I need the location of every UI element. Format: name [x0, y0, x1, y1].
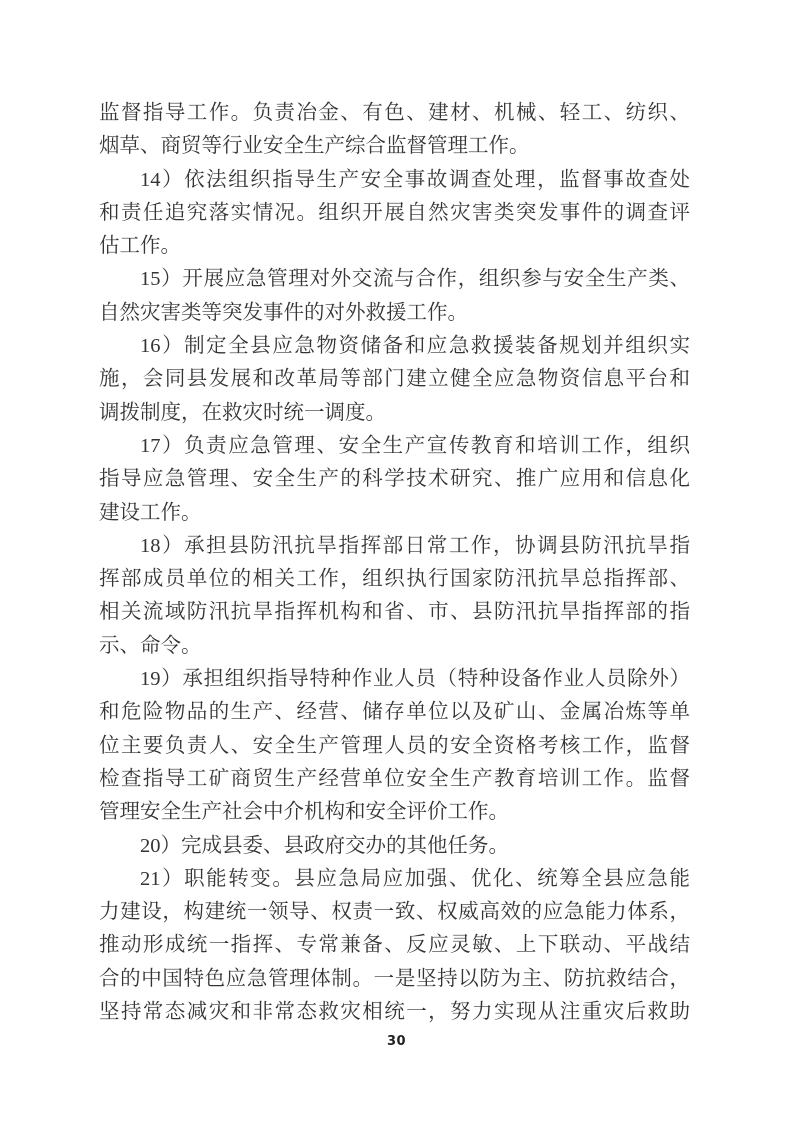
text-line: 自然灾害类等突发事件的对外救援工作。: [99, 297, 690, 330]
text-line: 16）制定全县应急物资储备和应急救援装备规划并组织实: [99, 330, 690, 363]
text-line: 估工作。: [99, 230, 690, 263]
text-line: 施，会同县发展和改革局等部门建立健全应急物资信息平台和: [99, 363, 690, 396]
text-line: 14）依法组织指导生产安全事故调查处理，监督事故查处: [99, 164, 690, 197]
text-line: 20）完成县委、县政府交办的其他任务。: [99, 830, 690, 863]
text-line: 17）负责应急管理、安全生产宣传教育和培训工作，组织: [99, 430, 690, 463]
document-page: 监督指导工作。负责冶金、有色、建材、机械、轻工、纺织、烟草、商贸等行业安全生产综…: [0, 0, 793, 1122]
text-line: 挥部成员单位的相关工作，组织执行国家防汛抗旱总指挥部、: [99, 563, 690, 596]
text-line: 建设工作。: [99, 497, 690, 530]
text-line: 19）承担组织指导特种作业人员（特种设备作业人员除外）: [99, 663, 690, 696]
text-line: 力建设，构建统一领导、权责一致、权威高效的应急能力体系，: [99, 896, 690, 929]
text-line: 合的中国特色应急管理体制。一是坚持以防为主、防抗救结合，: [99, 963, 690, 996]
text-line: 烟草、商贸等行业安全生产综合监督管理工作。: [99, 130, 690, 163]
page-number: 30: [0, 1034, 793, 1049]
text-line: 指导应急管理、安全生产的科学技术研究、推广应用和信息化: [99, 463, 690, 496]
text-line: 坚持常态减灾和非常态救灾相统一，努力实现从注重灾后救助: [99, 996, 690, 1029]
text-line: 检查指导工矿商贸生产经营单位安全生产教育培训工作。监督: [99, 763, 690, 796]
text-line: 21）职能转变。县应急局应加强、优化、统筹全县应急能: [99, 863, 690, 896]
text-line: 示、命令。: [99, 630, 690, 663]
text-block: 监督指导工作。负责冶金、有色、建材、机械、轻工、纺织、烟草、商贸等行业安全生产综…: [99, 97, 690, 1029]
text-line: 推动形成统一指挥、专常兼备、反应灵敏、上下联动、平战结: [99, 929, 690, 962]
text-line: 18）承担县防汛抗旱指挥部日常工作，协调县防汛抗旱指: [99, 530, 690, 563]
text-line: 管理安全生产社会中介机构和安全评价工作。: [99, 796, 690, 829]
text-line: 和危险物品的生产、经营、储存单位以及矿山、金属冶炼等单: [99, 696, 690, 729]
text-line: 相关流域防汛抗旱指挥机构和省、市、县防汛抗旱指挥部的指: [99, 596, 690, 629]
text-line: 15）开展应急管理对外交流与合作，组织参与安全生产类、: [99, 263, 690, 296]
text-line: 和责任追究落实情况。组织开展自然灾害类突发事件的调查评: [99, 197, 690, 230]
text-line: 位主要负责人、安全生产管理人员的安全资格考核工作，监督: [99, 730, 690, 763]
text-line: 调拨制度，在救灾时统一调度。: [99, 397, 690, 430]
text-line: 监督指导工作。负责冶金、有色、建材、机械、轻工、纺织、: [99, 97, 690, 130]
